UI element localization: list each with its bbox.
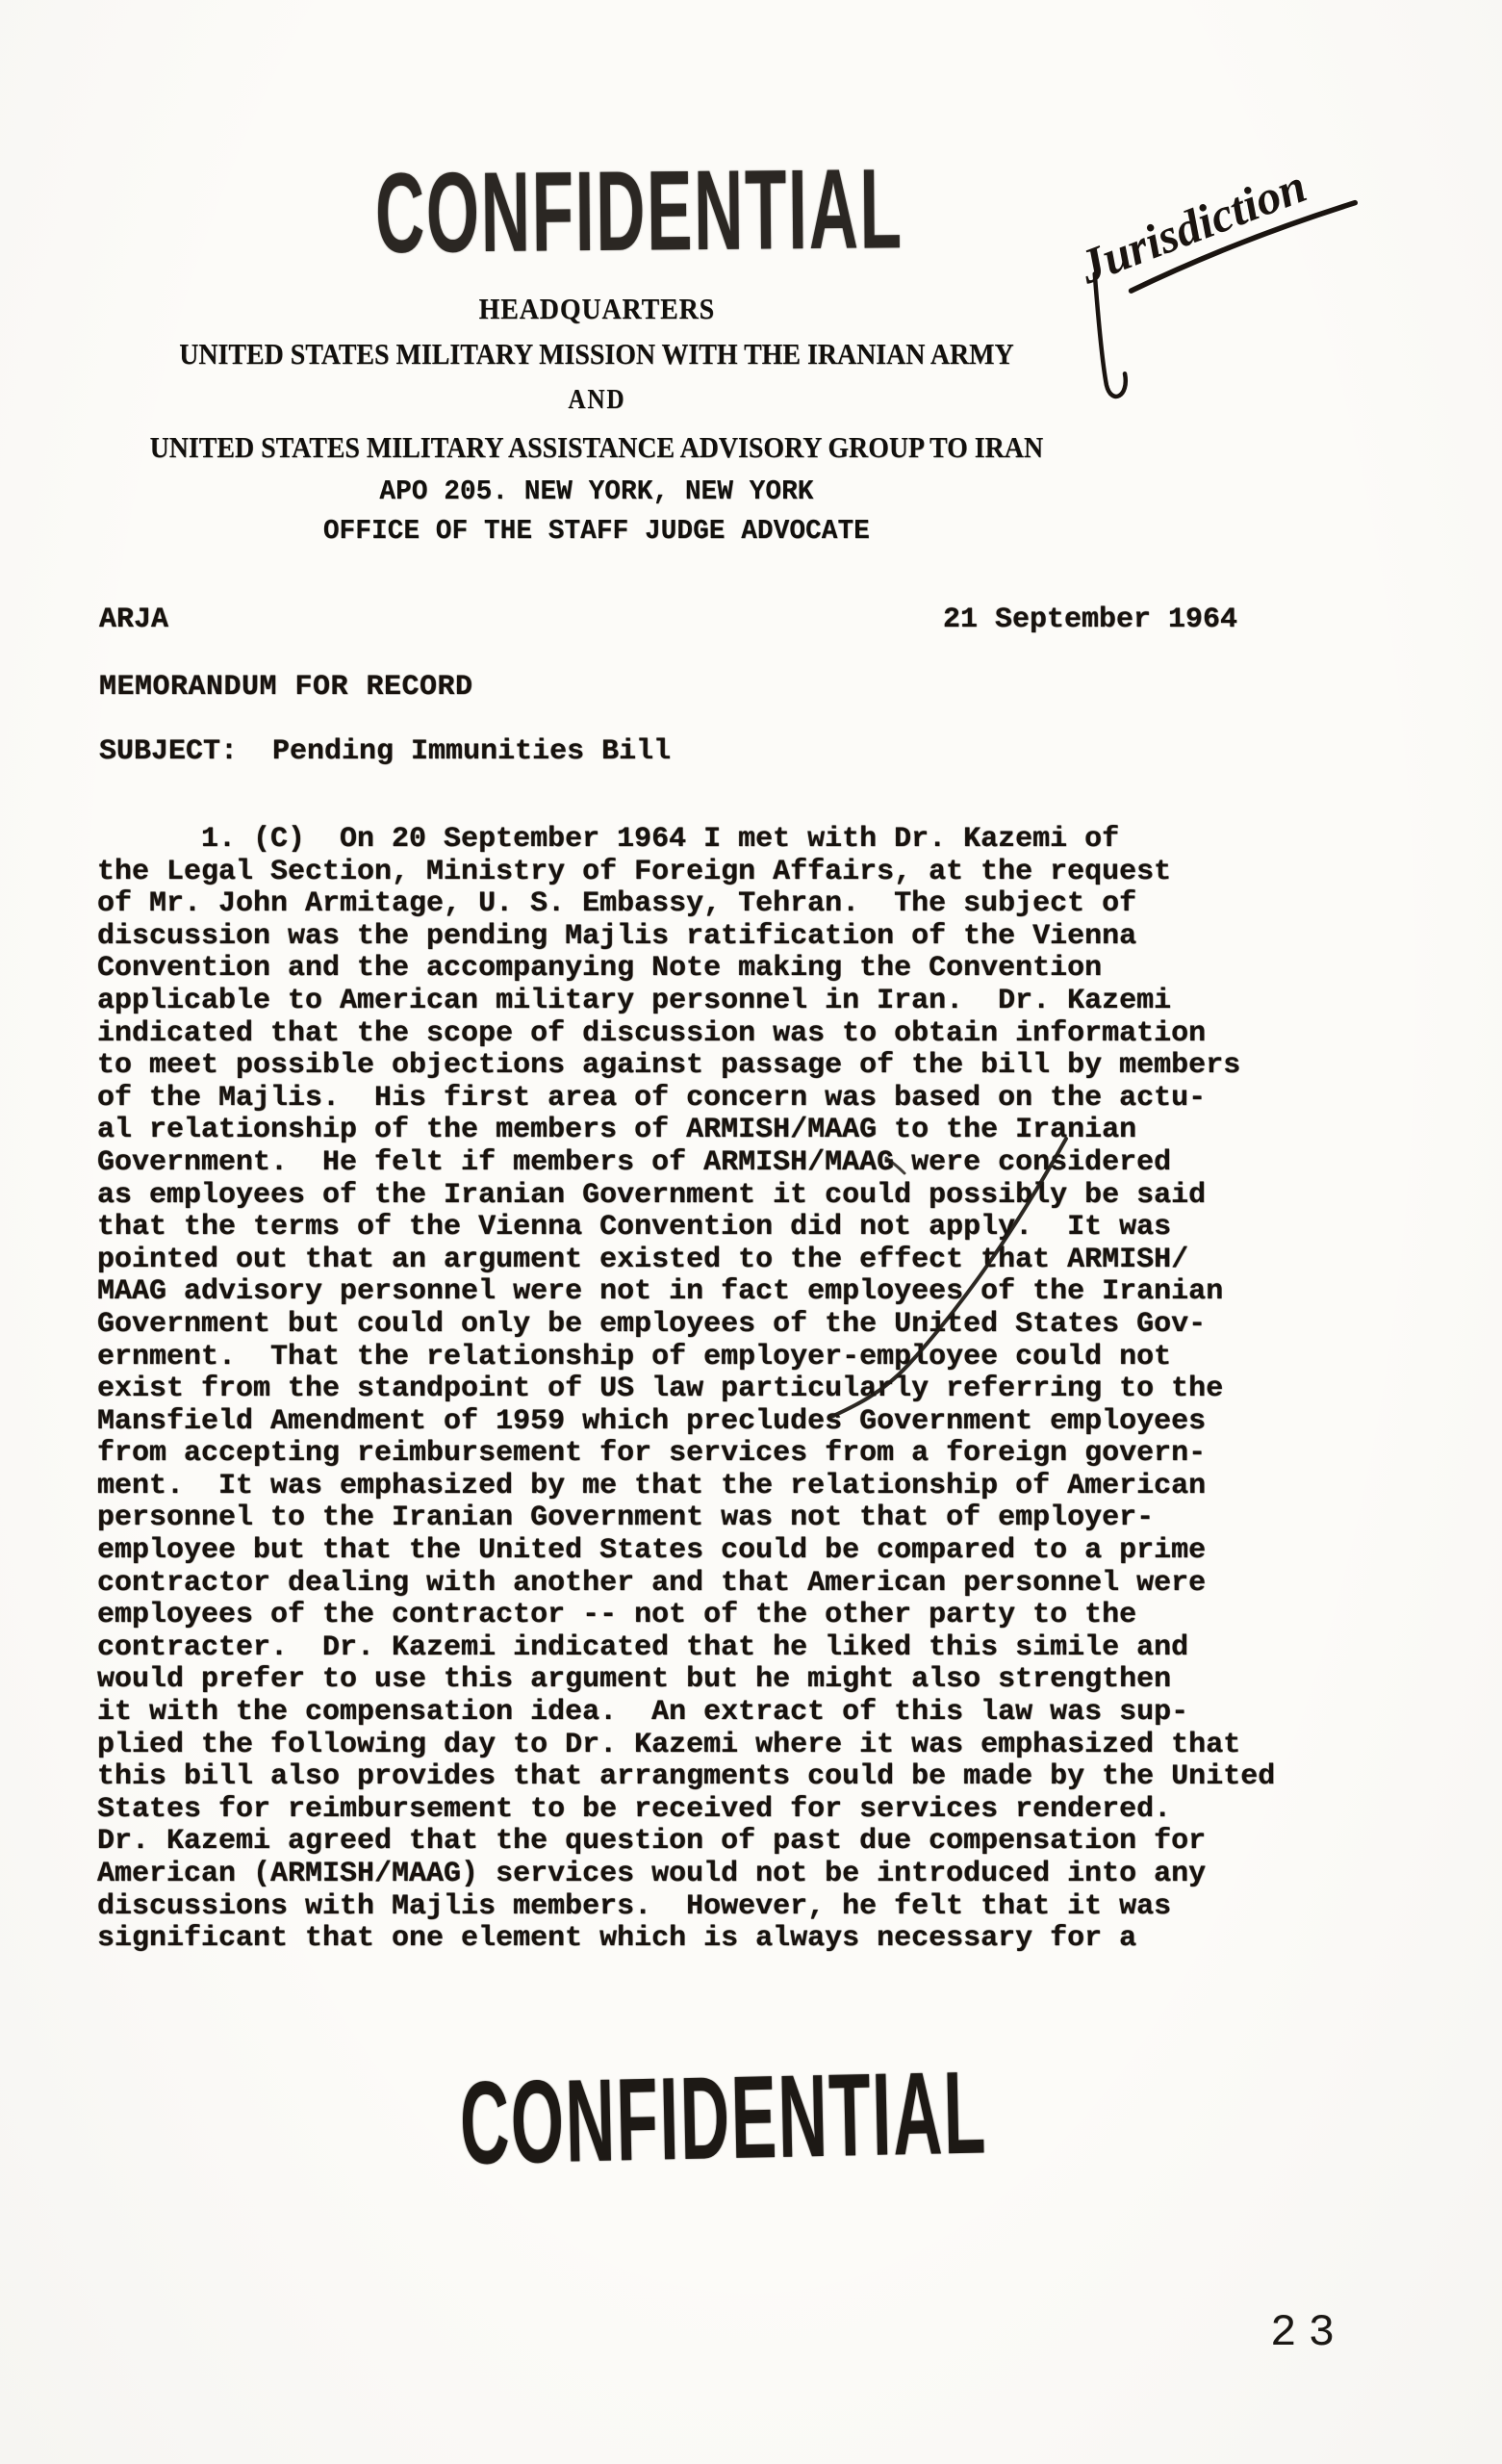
memo-date: 21 September 1964: [943, 603, 1237, 636]
letterhead-headquarters: HEADQUARTERS: [0, 292, 1193, 326]
memo-title: MEMORANDUM FOR RECORD: [99, 671, 473, 704]
letterhead-apo-address: APO 205. NEW YORK, NEW YORK: [0, 475, 1193, 507]
letterhead-and: AND: [0, 385, 1193, 416]
classification-stamp-top: CONFIDENTIAL: [374, 141, 1256, 279]
letterhead-advisory-group-line: UNITED STATES MILITARY ASSISTANCE ADVISO…: [0, 430, 1193, 465]
memo-body-text: 1. (C) On 20 September 1964 I met with D…: [97, 824, 1275, 1956]
scanned-memo-page: { "stamps": { "top": "CONFIDENTIAL", "bo…: [0, 0, 1502, 2464]
classification-stamp-bottom-text: CONFIDENTIAL: [459, 2044, 988, 2190]
classification-stamp-bottom: CONFIDENTIAL: [459, 2037, 1370, 2191]
letterhead-mission-line: UNITED STATES MILITARY MISSION WITH THE …: [0, 337, 1193, 372]
letterhead-office-line: OFFICE OF THE STAFF JUDGE ADVOCATE: [0, 515, 1193, 547]
subject-text: Pending Immunities Bill: [272, 735, 671, 768]
office-symbol: ARJA: [99, 603, 168, 636]
subject-label: SUBJECT:: [99, 735, 238, 768]
classification-stamp-top-text: CONFIDENTIAL: [374, 143, 904, 279]
subject-line: SUBJECT:Pending Immunities Bill: [99, 735, 671, 768]
page-number: 23: [1270, 2308, 1346, 2358]
